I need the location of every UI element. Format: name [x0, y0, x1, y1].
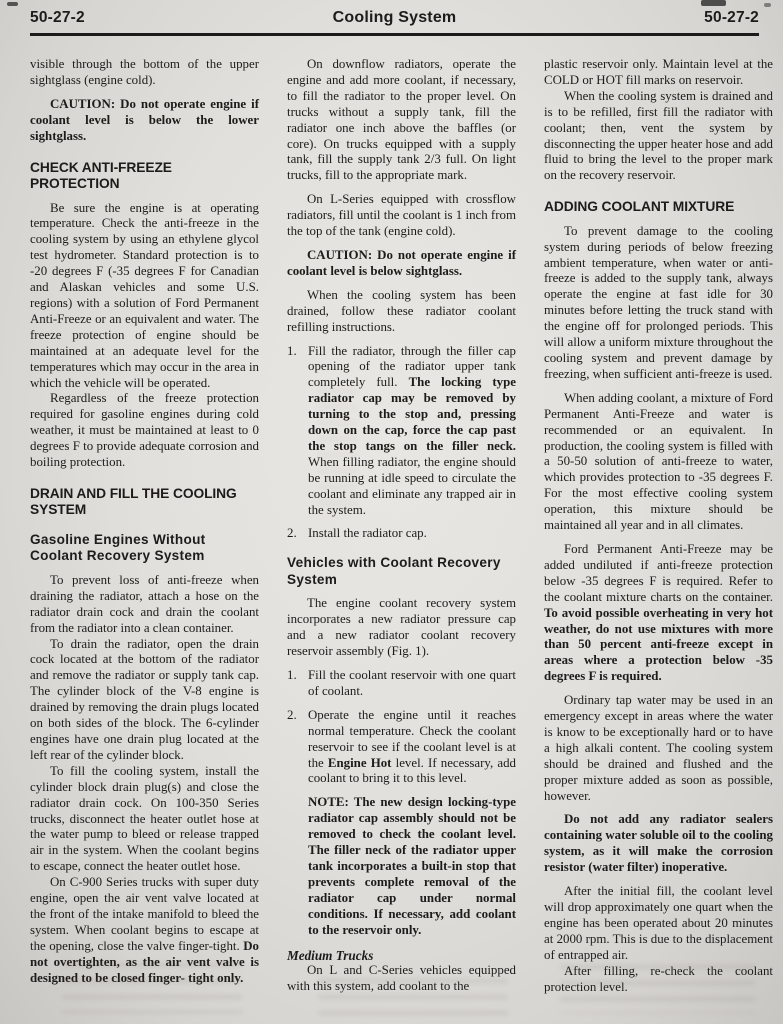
- paragraph: On downflow radiators, operate the engin…: [287, 57, 516, 184]
- section-heading: CHECK ANTI-FREEZE PROTECTION: [30, 160, 259, 193]
- scan-smudge: [701, 0, 726, 6]
- section-heading: ADDING COOLANT MIXTURE: [544, 199, 773, 216]
- paragraph: On C-900 Series trucks with super duty e…: [30, 875, 259, 986]
- section-heading: DRAIN AND FILL THE COOLING SYSTEM: [30, 486, 259, 519]
- paragraph: When the cooling system has been drained…: [287, 288, 516, 336]
- column-1: visible through the bottom of the upper …: [30, 57, 259, 995]
- page-header: 50-27-2 Cooling System 50-27-2: [30, 9, 759, 27]
- list-item: 1.Fill the radiator, through the filler …: [287, 344, 516, 519]
- text-columns: visible through the bottom of the upper …: [30, 57, 773, 995]
- paragraph: After filling, re-check the coolant prot…: [544, 964, 773, 996]
- scan-smudge: [764, 3, 771, 7]
- column-3: plastic reservoir only. Maintain level a…: [544, 57, 773, 995]
- list-item-text: Install the radiator cap.: [308, 526, 516, 542]
- manual-page: 50-27-2 Cooling System 50-27-2 visible t…: [0, 0, 783, 1024]
- list-number: 2.: [287, 526, 308, 542]
- column-2: On downflow radiators, operate the engin…: [287, 57, 516, 995]
- list-number: 1.: [287, 668, 308, 700]
- list-item-text: Fill the coolant reservoir with one quar…: [308, 668, 516, 700]
- paragraph: On L-Series equipped with crossflow radi…: [287, 192, 516, 240]
- paragraph: CAUTION: Do not operate engine if coolan…: [30, 97, 259, 145]
- list-item-text: Operate the engine until it reaches norm…: [308, 708, 516, 788]
- note-paragraph: NOTE: The new design locking-type radiat…: [287, 795, 516, 938]
- paragraph: After the initial fill, the coolant leve…: [544, 884, 773, 964]
- paragraph: Do not add any radiator sealers containi…: [544, 812, 773, 876]
- scan-smudge: [7, 2, 18, 6]
- paragraph: To fill the cooling system, install the …: [30, 764, 259, 875]
- paragraph: On L and C-Series vehicles equipped with…: [287, 963, 516, 995]
- paragraph: The engine coolant recovery system incor…: [287, 596, 516, 660]
- list-number: 2.: [287, 708, 308, 788]
- paragraph: visible through the bottom of the upper …: [30, 57, 259, 89]
- paragraph: To prevent damage to the cooling system …: [544, 224, 773, 383]
- paragraph: Regardless of the freeze protection requ…: [30, 391, 259, 471]
- paragraph: When the cooling system is drained and i…: [544, 89, 773, 184]
- page-title: Cooling System: [333, 9, 457, 27]
- list-item: 1.Fill the coolant reservoir with one qu…: [287, 668, 516, 700]
- paragraph: To drain the radiator, open the drain co…: [30, 637, 259, 764]
- paragraph: When adding coolant, a mixture of Ford P…: [544, 391, 773, 534]
- paragraph: plastic reservoir only. Maintain level a…: [544, 57, 773, 89]
- right-page-number: 50-27-2: [704, 9, 759, 27]
- paragraph: CAUTION: Do not operate engine if coolan…: [287, 248, 516, 280]
- list-item: 2.Install the radiator cap.: [287, 526, 516, 542]
- italic-subheading: Medium Trucks: [287, 948, 516, 964]
- header-rule: [30, 33, 759, 36]
- subsection-heading: Vehicles with Coolant Recovery System: [287, 555, 516, 588]
- list-item: 2.Operate the engine until it reaches no…: [287, 708, 516, 788]
- paragraph: Ford Permanent Anti-Freeze may be added …: [544, 542, 773, 685]
- list-number: 1.: [287, 344, 308, 519]
- paragraph: Ordinary tap water may be used in an eme…: [544, 693, 773, 804]
- subsection-heading: Gasoline Engines Without Coolant Recover…: [30, 532, 259, 565]
- paragraph: To prevent loss of anti-freeze when drai…: [30, 573, 259, 637]
- paragraph: Be sure the engine is at operating tempe…: [30, 201, 259, 392]
- left-page-number: 50-27-2: [30, 9, 85, 27]
- list-item-text: Fill the radiator, through the filler ca…: [308, 344, 516, 519]
